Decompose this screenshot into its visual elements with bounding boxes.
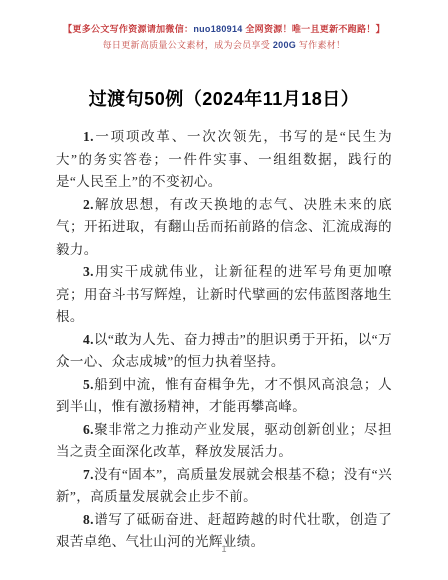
document-page: 【更多公文写作资源请加微信：nuo180914 全网资源！唯一且更新不跑路！】 …	[0, 0, 448, 580]
paragraph-6-text: 聚非常之力推动产业发展，驱动创新创业；尽担当之责全面深化改革，释放发展活力。	[56, 422, 392, 460]
paragraph-6: 6.聚非常之力推动产业发展，驱动创新创业；尽担当之责全面深化改革，释放发展活力。	[56, 419, 392, 464]
promo-line2-suffix: 写作素材！	[296, 40, 345, 50]
paragraph-4-text: 以“敢为人先、奋力搏击”的胆识勇于开拓，以“万众一心、众志成城”的恒力执着坚持。	[56, 332, 392, 370]
paragraph-7-text: 没有“固本”，高质量发展就会根基不稳；没有“兴新”，高质量发展就会止步不前。	[56, 467, 392, 505]
promo-header: 【更多公文写作资源请加微信：nuo180914 全网资源！唯一且更新不跑路！】 …	[0, 0, 448, 53]
paragraph-5: 5.船到中流，惟有奋楫争先，才不惧风高浪急；人到半山，惟有激扬精神，才能再攀高峰…	[56, 374, 392, 419]
wechat-id: nuo180914	[193, 24, 242, 34]
paragraph-7: 7.没有“固本”，高质量发展就会根基不稳；没有“兴新”，高质量发展就会止步不前。	[56, 464, 392, 509]
paragraph-2: 2.解放思想，有改天换地的志气、决胜未来的底气；开拓进取，有翻山岳而拓前路的信念…	[56, 194, 392, 262]
paragraph-5-text: 船到中流，惟有奋楫争先，才不惧风高浪急；人到半山，惟有激扬精神，才能再攀高峰。	[56, 377, 392, 415]
paragraph-1-text: 一项项改革、一次次领先，书写的是“民生为大”的务实答卷；一件件实事、一组组数据，…	[56, 129, 392, 189]
paragraph-4-number: 4.	[83, 332, 94, 347]
paragraph-2-number: 2.	[83, 197, 94, 212]
document-body: 1.一项项改革、一次次领先，书写的是“民生为大”的务实答卷；一件件实事、一组组数…	[56, 126, 392, 554]
page-number: 1	[0, 544, 448, 554]
promo-line2-prefix: 每日更新高质量公文素材，成为会员享受	[103, 40, 273, 50]
paragraph-6-number: 6.	[83, 422, 94, 437]
promo-line1-prefix: 【更多公文写作资源请加微信：	[63, 24, 193, 34]
paragraph-1: 1.一项项改革、一次次领先，书写的是“民生为大”的务实答卷；一件件实事、一组组数…	[56, 126, 392, 194]
paragraph-7-number: 7.	[83, 467, 94, 482]
paragraph-2-text: 解放思想，有改天换地的志气、决胜未来的底气；开拓进取，有翻山岳而拓前路的信念、汇…	[56, 197, 392, 257]
promo-line-1: 【更多公文写作资源请加微信：nuo180914 全网资源！唯一且更新不跑路！】	[0, 21, 448, 37]
paragraph-3-text: 用实干成就伟业，让新征程的进军号角更加嘹亮；用奋斗书写辉煌，让新时代擘画的宏伟蓝…	[56, 264, 392, 324]
paragraph-3-number: 3.	[83, 264, 94, 279]
promo-line-2: 每日更新高质量公文素材，成为会员享受 200G 写作素材！	[0, 37, 448, 53]
document-title: 过渡句50例（2024年11月18日）	[0, 85, 448, 111]
material-size: 200G	[273, 40, 296, 50]
paragraph-8-number: 8.	[83, 512, 94, 527]
paragraph-3: 3.用实干成就伟业，让新征程的进军号角更加嘹亮；用奋斗书写辉煌，让新时代擘画的宏…	[56, 261, 392, 329]
promo-line1-suffix: 全网资源！唯一且更新不跑路！】	[243, 24, 385, 34]
paragraph-5-number: 5.	[83, 377, 94, 392]
paragraph-1-number: 1.	[83, 129, 94, 144]
paragraph-4: 4.以“敢为人先、奋力搏击”的胆识勇于开拓，以“万众一心、众志成城”的恒力执着坚…	[56, 329, 392, 374]
